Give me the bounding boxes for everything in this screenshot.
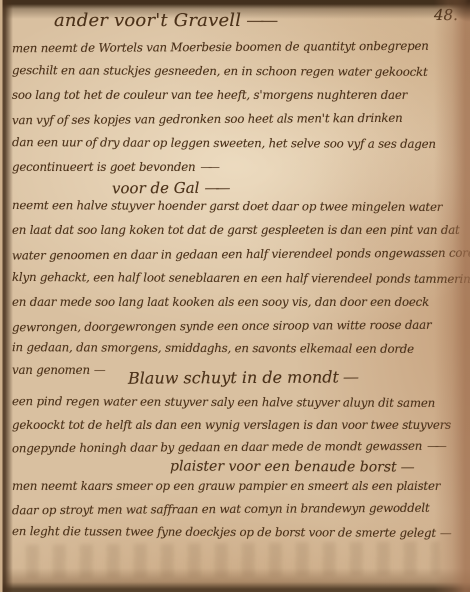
section-heading-plaister: plaister voor een benaude borst [170,458,415,475]
text-line: men neemt de Wortels van Moerbesie boome… [12,39,429,56]
text-line: dan een uur of dry daar op leggen sweete… [12,135,436,151]
text-line: en leght die tussen twee fyne doeckjes o… [12,524,452,540]
section-heading-blauwschuyt: Blauw schuyt in de mondt [128,367,359,387]
ink-showthrough-smudge [26,541,440,579]
text-line: en daar mede soo lang laat kooken als ee… [12,295,429,309]
text-line: en laat dat soo lang koken tot dat de ga… [12,223,460,237]
text-line: een pind regen water een stuyver saly ee… [12,394,435,410]
text-line: klyn gehackt, een half loot seneblaaren … [12,270,470,286]
text-line: van vyf of ses kopjes van gedronken soo … [12,111,403,127]
page-number: 48. [434,6,458,24]
text-line: soo lang tot het de couleur van tee heef… [12,88,407,102]
section-heading-gal: voor de Gal [112,179,227,198]
text-line: geschilt en aan stuckjes gesneeden, en i… [12,63,428,79]
text-line: gekoockt tot de helft als dan een wynig … [12,418,451,432]
text-line: gewrongen, doorgewrongen synde een once … [12,318,431,335]
text-line: daar op stroyt men wat saffraan en wat c… [12,501,430,518]
text-line: neemt een halve stuyver hoender garst do… [12,198,442,214]
text-line: men neemt kaars smeer op een grauw pampi… [12,479,440,493]
text-line: ongepynde honingh daar by gedaan en daar… [12,439,443,456]
manuscript-page: 48. ander voor't Gravell men neemt de Wo… [0,0,470,592]
text-line: gecontinueert is goet bevonden [12,160,216,174]
text-line: in gedaan, dan smorgens, smiddaghs, en s… [12,340,414,356]
recipe-title-gravel: ander voor't Gravell [54,10,274,31]
text-line: water genoomen en daar in gedaan een hal… [12,246,470,263]
text-line: van genomen [12,363,105,377]
